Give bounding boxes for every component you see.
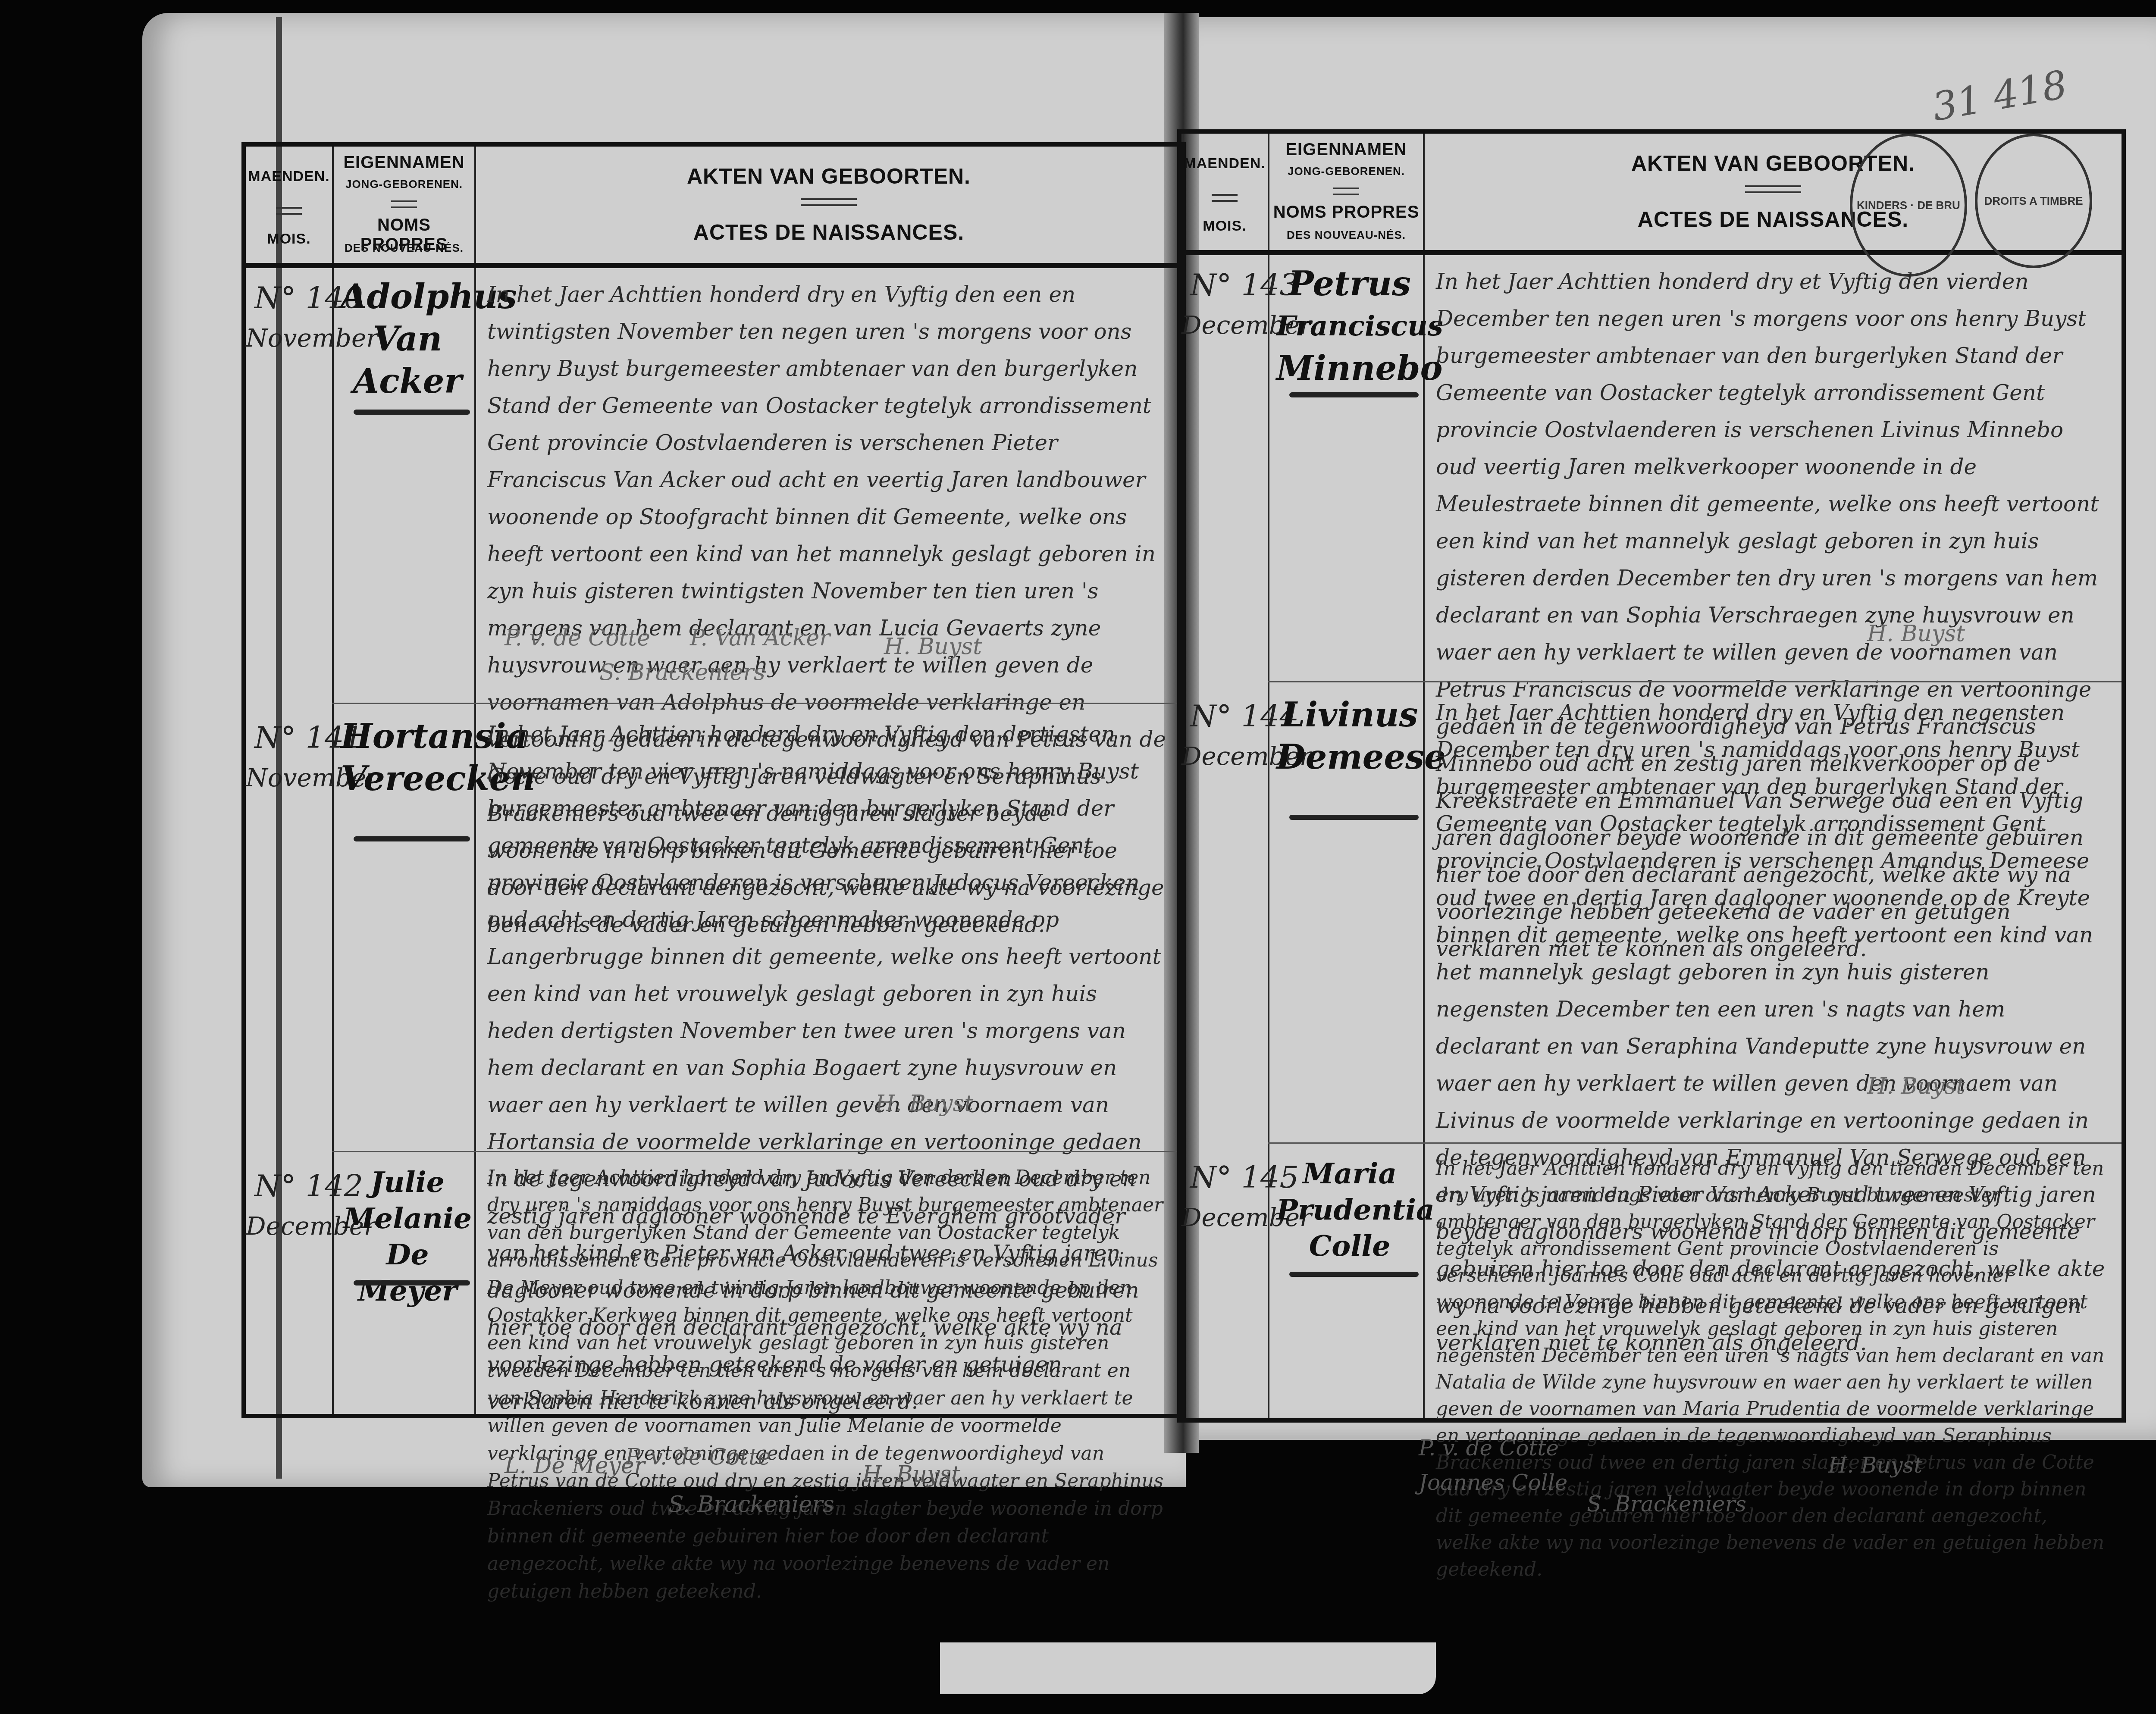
header-jong-geborenen: JONG-GEBORENEN. — [334, 178, 474, 191]
signature: P. v. de Cotte — [505, 625, 650, 651]
signatures: H. Buyst — [1436, 621, 2109, 664]
name-underline — [1289, 1272, 1419, 1277]
double-rule — [1745, 185, 1801, 193]
newborn-name: Adolphus Van Acker — [341, 276, 474, 403]
birth-record: N° 144 December Livinus Demeese In het J… — [1181, 685, 2122, 1138]
double-rule — [391, 200, 417, 208]
signature: H. Buyst — [1828, 1453, 1922, 1478]
record-month: November — [246, 763, 336, 792]
name-line: Franciscus — [1276, 305, 1423, 347]
name-underline — [354, 410, 470, 415]
name-line: Maria — [1276, 1155, 1423, 1192]
record-separator — [1268, 681, 2122, 682]
name-line: Prudentia — [1276, 1192, 1423, 1228]
double-rule — [276, 207, 302, 215]
name-line: Van — [341, 318, 474, 360]
header-mois: MOIS. — [246, 231, 332, 247]
register-left: MAENDEN. MOIS. EIGENNAMEN JONG-GEBORENEN… — [241, 142, 1186, 1418]
header-acts: AKTEN VAN GEBOORTEN. ACTES DE NAISSANCES… — [476, 147, 1181, 263]
name-line: Livinus — [1276, 694, 1423, 736]
birth-record: N° 145 December Maria Prudentia Colle In… — [1181, 1147, 2122, 1423]
name-line: Vereecken — [341, 758, 474, 800]
header-nouveau-nes: DES NOUVEAU-NÉS. — [334, 241, 474, 255]
name-line: Adolphus — [341, 276, 474, 318]
signature: P. v. de Cotte — [625, 1444, 771, 1470]
newborn-name: Livinus Demeese — [1276, 694, 1423, 779]
signature: P. v. de Cotte — [1419, 1436, 1559, 1461]
name-line: Demeese — [1276, 736, 1423, 779]
name-underline — [354, 836, 470, 841]
name-line: Hortansia — [341, 716, 474, 758]
birth-record: N° 143 December Petrus Franciscus Minneb… — [1181, 254, 2122, 685]
name-underline — [354, 1280, 470, 1285]
archive-label-card — [940, 1642, 1436, 1694]
header-maenden: MAENDEN. — [1181, 155, 1268, 172]
signature: H. Buyst — [884, 634, 982, 660]
record-month: November — [246, 323, 336, 353]
record-month: December — [246, 1211, 336, 1241]
name-underline — [1289, 815, 1419, 820]
signature: H. Buyst — [1867, 1073, 1965, 1099]
birth-record: N° 141 November Hortansia Vereecken In h… — [246, 707, 1181, 1147]
birth-record: N° 140 November Adolphus Van Acker In he… — [246, 267, 1181, 698]
header-akten-van-geboorten: AKTEN VAN GEBOORTEN. — [476, 164, 1181, 189]
header-names: EIGENNAMEN JONG-GEBORENEN. NOMS PROPRES … — [334, 147, 474, 263]
record-separator — [1268, 1142, 2122, 1144]
header-names: EIGENNAMEN JONG-GEBORENEN. NOMS PROPRES … — [1269, 134, 1423, 250]
name-line: De Meyer — [341, 1236, 474, 1309]
newborn-name: Maria Prudentia Colle — [1276, 1155, 1423, 1264]
register-right: MAENDEN. MOIS. EIGENNAMEN JONG-GEBORENEN… — [1177, 129, 2126, 1423]
header-eigennamen: EIGENNAMEN — [1269, 140, 1423, 160]
double-rule — [801, 198, 857, 206]
signatures-bottom-right: P. v. de Cotte Joannes Colle S. Brackeni… — [1414, 1436, 2061, 1548]
name-line: Acker — [341, 360, 474, 403]
signature: S. Brackeniers — [599, 660, 765, 685]
double-rule — [1333, 188, 1359, 195]
signature: S. Brackeniers — [668, 1492, 834, 1517]
header-actes-de-naissances: ACTES DE NAISSANCES. — [476, 220, 1181, 245]
stamp-text: KINDERS · DE BRU — [1857, 199, 1960, 212]
record-month: December — [1181, 741, 1272, 771]
table-header: MAENDEN. MOIS. EIGENNAMEN JONG-GEBORENEN… — [246, 147, 1181, 268]
signature: L. De Meyer — [505, 1453, 645, 1479]
newborn-name: Hortansia Vereecken — [341, 716, 474, 800]
name-line: Colle — [1276, 1228, 1423, 1264]
signatures-bottom-left: L. De Meyer P. v. de Cotte S. Brackenier… — [483, 1444, 1130, 1573]
name-line: Minnebo — [1276, 347, 1423, 390]
signature: H. Buyst — [862, 1461, 960, 1487]
name-underline — [1289, 392, 1419, 397]
name-line: Julie — [341, 1164, 474, 1200]
double-rule — [1212, 194, 1238, 202]
header-months: MAENDEN. MOIS. — [1181, 134, 1268, 250]
newborn-name: Julie Melanie De Meyer — [341, 1164, 474, 1309]
birth-record: N° 142 December Julie Melanie De Meyer I… — [246, 1155, 1181, 1414]
header-maenden: MAENDEN. — [246, 168, 332, 185]
signature: H. Buyst — [1867, 621, 1965, 647]
record-month: December — [1181, 1203, 1272, 1232]
signatures: H. Buyst — [1436, 1073, 2109, 1117]
header-nouveau-nes: DES NOUVEAU-NÉS. — [1269, 228, 1423, 242]
tax-stamp: DROITS A TIMBRE — [1975, 134, 2092, 268]
record-month: December — [1181, 310, 1272, 340]
header-jong-geborenen: JONG-GEBORENEN. — [1269, 165, 1423, 178]
signature: H. Buyst — [875, 1091, 973, 1117]
header-eigennamen: EIGENNAMEN — [334, 153, 474, 172]
signature: P. Van Acker — [690, 625, 830, 651]
record-separator — [332, 1151, 1181, 1152]
name-line: Petrus — [1276, 263, 1423, 305]
stamp-text: DROITS A TIMBRE — [1984, 194, 2083, 208]
header-mois: MOIS. — [1181, 218, 1268, 235]
signatures: P. v. de Cotte P. Van Acker S. Brackenie… — [487, 625, 1169, 690]
name-line: Melanie — [341, 1200, 474, 1236]
header-months: MAENDEN. MOIS. — [246, 147, 332, 263]
record-separator — [332, 703, 1181, 704]
newborn-name: Petrus Franciscus Minnebo — [1276, 263, 1423, 390]
signatures: H. Buyst — [487, 1091, 1169, 1134]
signature: S. Brackeniers — [1587, 1492, 1746, 1517]
signature: Joannes Colle — [1419, 1470, 1567, 1495]
header-noms-propres: NOMS PROPRES — [1269, 203, 1423, 222]
